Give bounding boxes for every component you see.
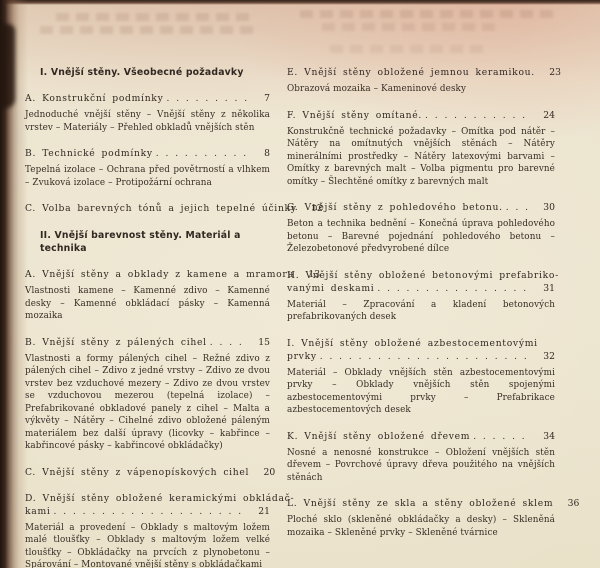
toc-section-heading: I. Vnější stěny. Všeobecné požadavky bbox=[25, 66, 270, 79]
toc-entry-label: I. Vnější stěny obložené azbestocementov… bbox=[287, 337, 555, 350]
gutter-ink-blotch bbox=[0, 24, 15, 108]
toc-entry: F. Vnější stěny omítané.. . . . . . . . … bbox=[287, 109, 555, 122]
toc-entry: B. Technické podmínky. . . . . . . . . .… bbox=[25, 147, 270, 160]
toc-entry-label: F. Vnější stěny omítané. bbox=[287, 109, 422, 122]
toc-entry: C. Vnější stěny z vápenopískových cihel.… bbox=[25, 466, 270, 479]
book-page: I. Vnější stěny. Všeobecné požadavkyA. K… bbox=[0, 0, 600, 568]
toc-entry-label: B. Technické podmínky bbox=[25, 147, 153, 160]
toc-entry: L. Vnější stěny ze skla a stěny obložené… bbox=[287, 497, 555, 510]
dot-leader: . . . . . . . . . . . . . . . . . . . . … bbox=[377, 284, 532, 294]
page-number: 31 bbox=[535, 283, 555, 294]
page-number: 36 bbox=[559, 498, 579, 509]
toc-entry-label: L. Vnější stěny ze skla a stěny obložené… bbox=[287, 497, 553, 510]
show-through-text bbox=[300, 10, 556, 18]
toc-entry-row: B. Vnější stěny z pálených cihel. . . . … bbox=[25, 336, 270, 349]
page-number: 7 bbox=[250, 93, 270, 104]
toc-entry-label: C. Vnější stěny z vápenopískových cihel bbox=[25, 466, 249, 479]
toc-entry-label: A. Konstrukční podmínky bbox=[25, 92, 163, 105]
toc-entry-row: C. Volba barevných tónů a jejich tepelné… bbox=[25, 202, 270, 215]
page-number: 24 bbox=[535, 110, 555, 121]
toc-entry-row: vanými deskami. . . . . . . . . . . . . … bbox=[287, 282, 555, 295]
toc-entry-label: K. Vnější stěny obložené dřevem bbox=[287, 430, 470, 443]
table-of-contents: I. Vnější stěny. Všeobecné požadavkyA. K… bbox=[25, 66, 575, 568]
toc-entry-label: E. Vnější stěny obložené jemnou keramiko… bbox=[287, 66, 535, 79]
toc-caption: Konstrukčně technické požadavky – Omítka… bbox=[287, 126, 555, 189]
page-number: 8 bbox=[250, 148, 270, 159]
toc-entry-row: C. Vnější stěny z vápenopískových cihel.… bbox=[25, 466, 270, 479]
page-number: 20 bbox=[255, 467, 275, 478]
show-through-text bbox=[330, 45, 488, 53]
toc-entry: D. Vnější stěny obložené keramickými obk… bbox=[25, 492, 270, 518]
toc-entry-label: vanými deskami bbox=[287, 282, 374, 295]
toc-entry-row: K. Vnější stěny obložené dřevem. . . . .… bbox=[287, 430, 555, 443]
toc-caption: Tepelná izolace – Ochrana před povětrnos… bbox=[25, 164, 270, 189]
toc-entry-row: E. Vnější stěny obložené jemnou keramiko… bbox=[287, 66, 555, 79]
toc-section-heading: II. Vnější barevnost stěny. Materiál a t… bbox=[25, 229, 270, 255]
dot-leader: . . . . . . . . . . . . . . . . . . . . … bbox=[166, 94, 247, 104]
toc-caption: Vlastnosti a formy pálených cihel – Režn… bbox=[25, 353, 270, 453]
toc-caption: Materiál – Obklady vnějších stěn azbesto… bbox=[287, 367, 555, 417]
show-through-text bbox=[322, 23, 500, 31]
toc-caption: Nosné a nenosné konstrukce – Obložení vn… bbox=[287, 447, 555, 485]
toc-entry: K. Vnější stěny obložené dřevem. . . . .… bbox=[287, 430, 555, 443]
toc-entry-row: F. Vnější stěny omítané.. . . . . . . . … bbox=[287, 109, 555, 122]
toc-entry: A. Konstrukční podmínky. . . . . . . . .… bbox=[25, 92, 270, 105]
dot-leader: . . . . . . . . . . . . . . . . . . . . … bbox=[473, 432, 532, 442]
page-number: 15 bbox=[250, 337, 270, 348]
toc-entry-row: A. Vnější stěny a obklady z kamene a mra… bbox=[25, 268, 270, 281]
toc-caption: Ploché sklo (skleněné obkládačky a desky… bbox=[287, 514, 555, 539]
page-number: 30 bbox=[535, 202, 555, 213]
toc-entry: I. Vnější stěny obložené azbestocementov… bbox=[287, 337, 555, 363]
dot-leader: . . . . . . . . . . . . . . . . . . . . … bbox=[506, 203, 532, 213]
toc-entry: H. Vnější stěny obložené betonovými pref… bbox=[287, 269, 555, 295]
dot-leader: . . . . . . . . . . . . . . . . . . . . … bbox=[54, 507, 248, 517]
toc-caption: Vlastnosti kamene – Kamenné zdivo – Kame… bbox=[25, 285, 270, 323]
toc-entry-row: A. Konstrukční podmínky. . . . . . . . .… bbox=[25, 92, 270, 105]
toc-entry-label: G. Vnější stěny z pohledového betonu. bbox=[287, 201, 503, 214]
toc-caption: Materiál a provedení – Obklady s maltový… bbox=[25, 522, 270, 568]
toc-entry-label: H. Vnější stěny obložené betonovými pref… bbox=[287, 269, 555, 282]
page-number: 34 bbox=[535, 431, 555, 442]
toc-entry-row: kami. . . . . . . . . . . . . . . . . . … bbox=[25, 505, 270, 518]
dot-leader: . . . . . . . . . . . . . . . . . . . . … bbox=[156, 149, 247, 159]
toc-entry-label: C. Volba barevných tónů a jejich tepelné… bbox=[25, 202, 297, 215]
toc-entry-label: kami bbox=[25, 505, 51, 518]
toc-entry-label: D. Vnější stěny obložené keramickými obk… bbox=[25, 492, 270, 505]
toc-caption: Beton a technika bednění – Konečná úprav… bbox=[287, 218, 555, 256]
toc-caption: Obrazová mozaika – Kameninové desky bbox=[287, 83, 555, 96]
dot-leader: . . . . . . . . . . . . . . . . . . . . … bbox=[210, 338, 247, 348]
toc-entry: C. Volba barevných tónů a jejich tepelné… bbox=[25, 202, 270, 215]
toc-entry: G. Vnější stěny z pohledového betonu.. .… bbox=[287, 201, 555, 214]
toc-entry-row: prvky. . . . . . . . . . . . . . . . . .… bbox=[287, 350, 555, 363]
toc-entry-row: G. Vnější stěny z pohledového betonu.. .… bbox=[287, 201, 555, 214]
scan-top-edge bbox=[0, 0, 600, 5]
dot-leader: . . . . . . . . . . . . . . . . . . . . … bbox=[320, 352, 532, 362]
toc-entry-label: prvky bbox=[287, 350, 317, 363]
toc-entry-row: B. Technické podmínky. . . . . . . . . .… bbox=[25, 147, 270, 160]
show-through-text bbox=[56, 13, 256, 21]
page-number: 32 bbox=[535, 351, 555, 362]
page-number: 23 bbox=[541, 67, 561, 78]
toc-entry-row: L. Vnější stěny ze skla a stěny obložené… bbox=[287, 497, 555, 510]
show-through-text bbox=[40, 26, 254, 34]
toc-caption: Materiál – Zpracování a kladení betonový… bbox=[287, 299, 555, 324]
toc-caption: Jednoduché vnější stěny – Vnější stěny z… bbox=[25, 109, 270, 134]
toc-right-column: E. Vnější stěny obložené jemnou keramiko… bbox=[287, 66, 555, 568]
toc-entry-label: B. Vnější stěny z pálených cihel bbox=[25, 336, 207, 349]
dot-leader: . . . . . . . . . . . . . . . . . . . . … bbox=[425, 111, 532, 121]
toc-entry: B. Vnější stěny z pálených cihel. . . . … bbox=[25, 336, 270, 349]
toc-entry-label: A. Vnější stěny a obklady z kamene a mra… bbox=[25, 268, 294, 281]
toc-entry: A. Vnější stěny a obklady z kamene a mra… bbox=[25, 268, 270, 281]
toc-left-column: I. Vnější stěny. Všeobecné požadavkyA. K… bbox=[25, 66, 270, 568]
page-number: 21 bbox=[250, 506, 270, 517]
toc-entry: E. Vnější stěny obložené jemnou keramiko… bbox=[287, 66, 555, 79]
